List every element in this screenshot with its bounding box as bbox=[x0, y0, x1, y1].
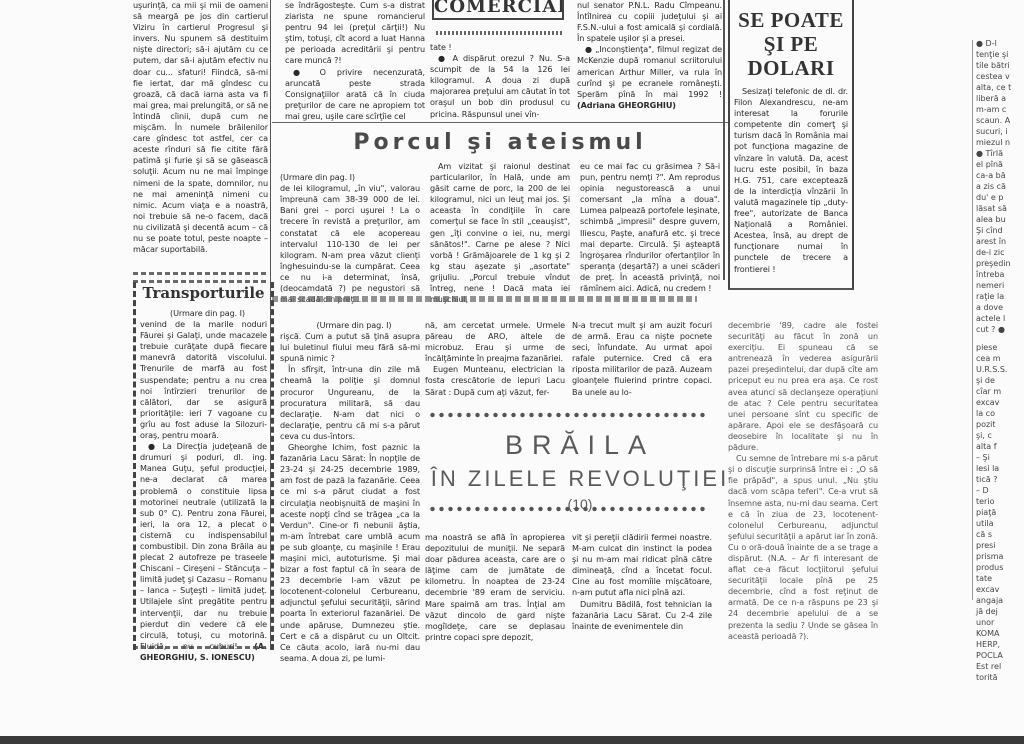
decorative-dot-rule bbox=[428, 412, 708, 418]
braila-column-3-bottom: vit şi pereţii clădirii fermei noastre. … bbox=[572, 532, 712, 632]
title-line: ŞI PE bbox=[730, 32, 852, 56]
article-title-transport: Transporturile bbox=[136, 284, 271, 302]
article-paragraph: se îndrăgosteşte. Cum s-a distrat ziaris… bbox=[285, 0, 425, 67]
column-rule bbox=[723, 0, 725, 280]
article-paragraph: nă, am cercetat urmele. Urmele păreau de… bbox=[425, 320, 565, 364]
article-title-porcul: Porcul şi ateismul bbox=[270, 130, 730, 155]
scan-edge bbox=[0, 736, 1024, 744]
braila-column-2-top: nă, am cercetat urmele. Urmele păreau de… bbox=[425, 320, 565, 398]
article-paragraph: nul senator P.N.L. Radu Cîmpeanu. Întîln… bbox=[577, 0, 722, 44]
article-paragraph: ● O privire necenzurată, aruncată peste … bbox=[285, 67, 425, 122]
braila-column-1: (Urmare din pag. I) rişcă. Cum a putut s… bbox=[280, 320, 420, 664]
braila-column-3-top: N-a trecut mult şi am auzit focuri de ar… bbox=[572, 320, 712, 398]
title-line: SE POATE bbox=[730, 8, 852, 32]
article-paragraph: Gheorghe Ichim, fost paznic la fazanăria… bbox=[280, 442, 420, 664]
article-paragraph: (Urmare din pag. I) de lei kilogramul, „… bbox=[280, 172, 420, 305]
article-column-top-mid: se îndrăgosteşte. Cum s-a distrat ziaris… bbox=[285, 0, 425, 122]
section-separator bbox=[272, 296, 697, 302]
porcul-column-1: (Urmare din pag. I) de lei kilogramul, „… bbox=[280, 161, 420, 316]
article-title-braila: BRĂILA bbox=[425, 430, 735, 461]
title-line: DOLARI bbox=[730, 56, 852, 80]
section-header-comerciale: COMERCIALE bbox=[432, 0, 564, 20]
article-title-dolari: SE POATE ŞI PE DOLARI bbox=[730, 8, 852, 80]
braila-column-2-bottom: ma noastră se află în apropierea depozit… bbox=[425, 532, 565, 643]
article-body: (Urmare din pag. I) venind de la marile … bbox=[140, 308, 267, 663]
decorative-rule bbox=[436, 31, 562, 35]
article-paragraph: ● A dispărut orezul ? Nu. S-a scumpit de… bbox=[430, 53, 570, 120]
article-paragraph: Eugen Munteanu, electrician la fosta cre… bbox=[425, 364, 565, 397]
author-signature: (Adriana GHEORGHIU) bbox=[577, 100, 676, 110]
article-continuation-column: uşurinţă, ca mii şi mii de oameni să mea… bbox=[133, 0, 268, 255]
article-box-transport: Transporturile (Urmare din pag. I) venin… bbox=[133, 282, 274, 650]
continuation-note: (Urmare din pag. I) bbox=[280, 320, 420, 331]
article-column-comerciale: tate ! ● A dispărut orezul ? Nu. S-a scu… bbox=[430, 42, 570, 120]
article-paragraph: În sfîrşit, într-una din zile mă cheamă … bbox=[280, 364, 420, 442]
article-paragraph: N-a trecut mult şi am auzit focuri de ar… bbox=[572, 320, 712, 398]
article-text: uşurinţă, ca mii şi mii de oameni să mea… bbox=[133, 0, 268, 255]
article-paragraph: vit şi pereţii clădirii fermei noastre. … bbox=[572, 532, 712, 599]
cropped-column-fragment: piese cea m U.R.S.S. şi de cîar m excav … bbox=[976, 342, 1007, 683]
porcul-column-2: Am vizitat şi raionul destinat particula… bbox=[430, 161, 570, 305]
article-paragraph: ma noastră se află în apropierea depozit… bbox=[425, 532, 565, 643]
article-column-top-right: nul senator P.N.L. Radu Cîmpeanu. Întîln… bbox=[577, 0, 722, 111]
article-paragraph: Cu semne de întrebare mi s-a părut şi o … bbox=[728, 453, 878, 642]
article-box-dolari: SE POATE ŞI PE DOLARI Sesizaţi telefonic… bbox=[728, 0, 854, 290]
article-paragraph: eu ce mai fac cu grăsimea ? Să-i pun, pe… bbox=[580, 161, 720, 294]
article-paragraph: Dumitru Bădilă, fost tehnician la fazană… bbox=[572, 599, 712, 632]
article-paragraph: rişcă. Cum a putut să ţină asupra lui bu… bbox=[280, 331, 420, 364]
article-paragraph: decembrie '89, cadre ale fostei securită… bbox=[728, 320, 878, 453]
article-body: Sesizaţi telefonic de dl. dr. Filon Alex… bbox=[734, 86, 848, 275]
decorative-dot-rule bbox=[428, 506, 708, 512]
article-paragraph: tate ! bbox=[430, 42, 570, 53]
braila-column-4: decembrie '89, cadre ale fostei securită… bbox=[728, 320, 878, 642]
article-paragraph: venind de la marile noduri Făurei şi Gal… bbox=[140, 319, 267, 441]
article-paragraph: ● La Direcţia judeţeană de drumuri şi po… bbox=[140, 441, 267, 651]
article-paragraph: Am vizitat şi raionul destinat particula… bbox=[430, 161, 570, 305]
column-separator bbox=[133, 272, 268, 275]
porcul-column-3: eu ce mai fac cu grăsimea ? Să-i pun, pe… bbox=[580, 161, 720, 294]
article-paragraph: ● „Inconştienţa", filmul regizat de McKe… bbox=[577, 44, 722, 98]
continuation-note: (Urmare din pag. I) bbox=[140, 308, 267, 319]
subtitle-text: ÎN ZILELE REVOLUŢIEI bbox=[431, 466, 729, 491]
column-rule bbox=[972, 40, 973, 600]
box-bottom-rule bbox=[133, 646, 268, 649]
cropped-column-fragment: ● D-l tenţie şi tile bătri cestea v alta… bbox=[976, 38, 1011, 335]
article-paragraph: Sesizaţi telefonic de dl. dr. Filon Alex… bbox=[734, 86, 848, 275]
section-rule bbox=[272, 122, 728, 123]
